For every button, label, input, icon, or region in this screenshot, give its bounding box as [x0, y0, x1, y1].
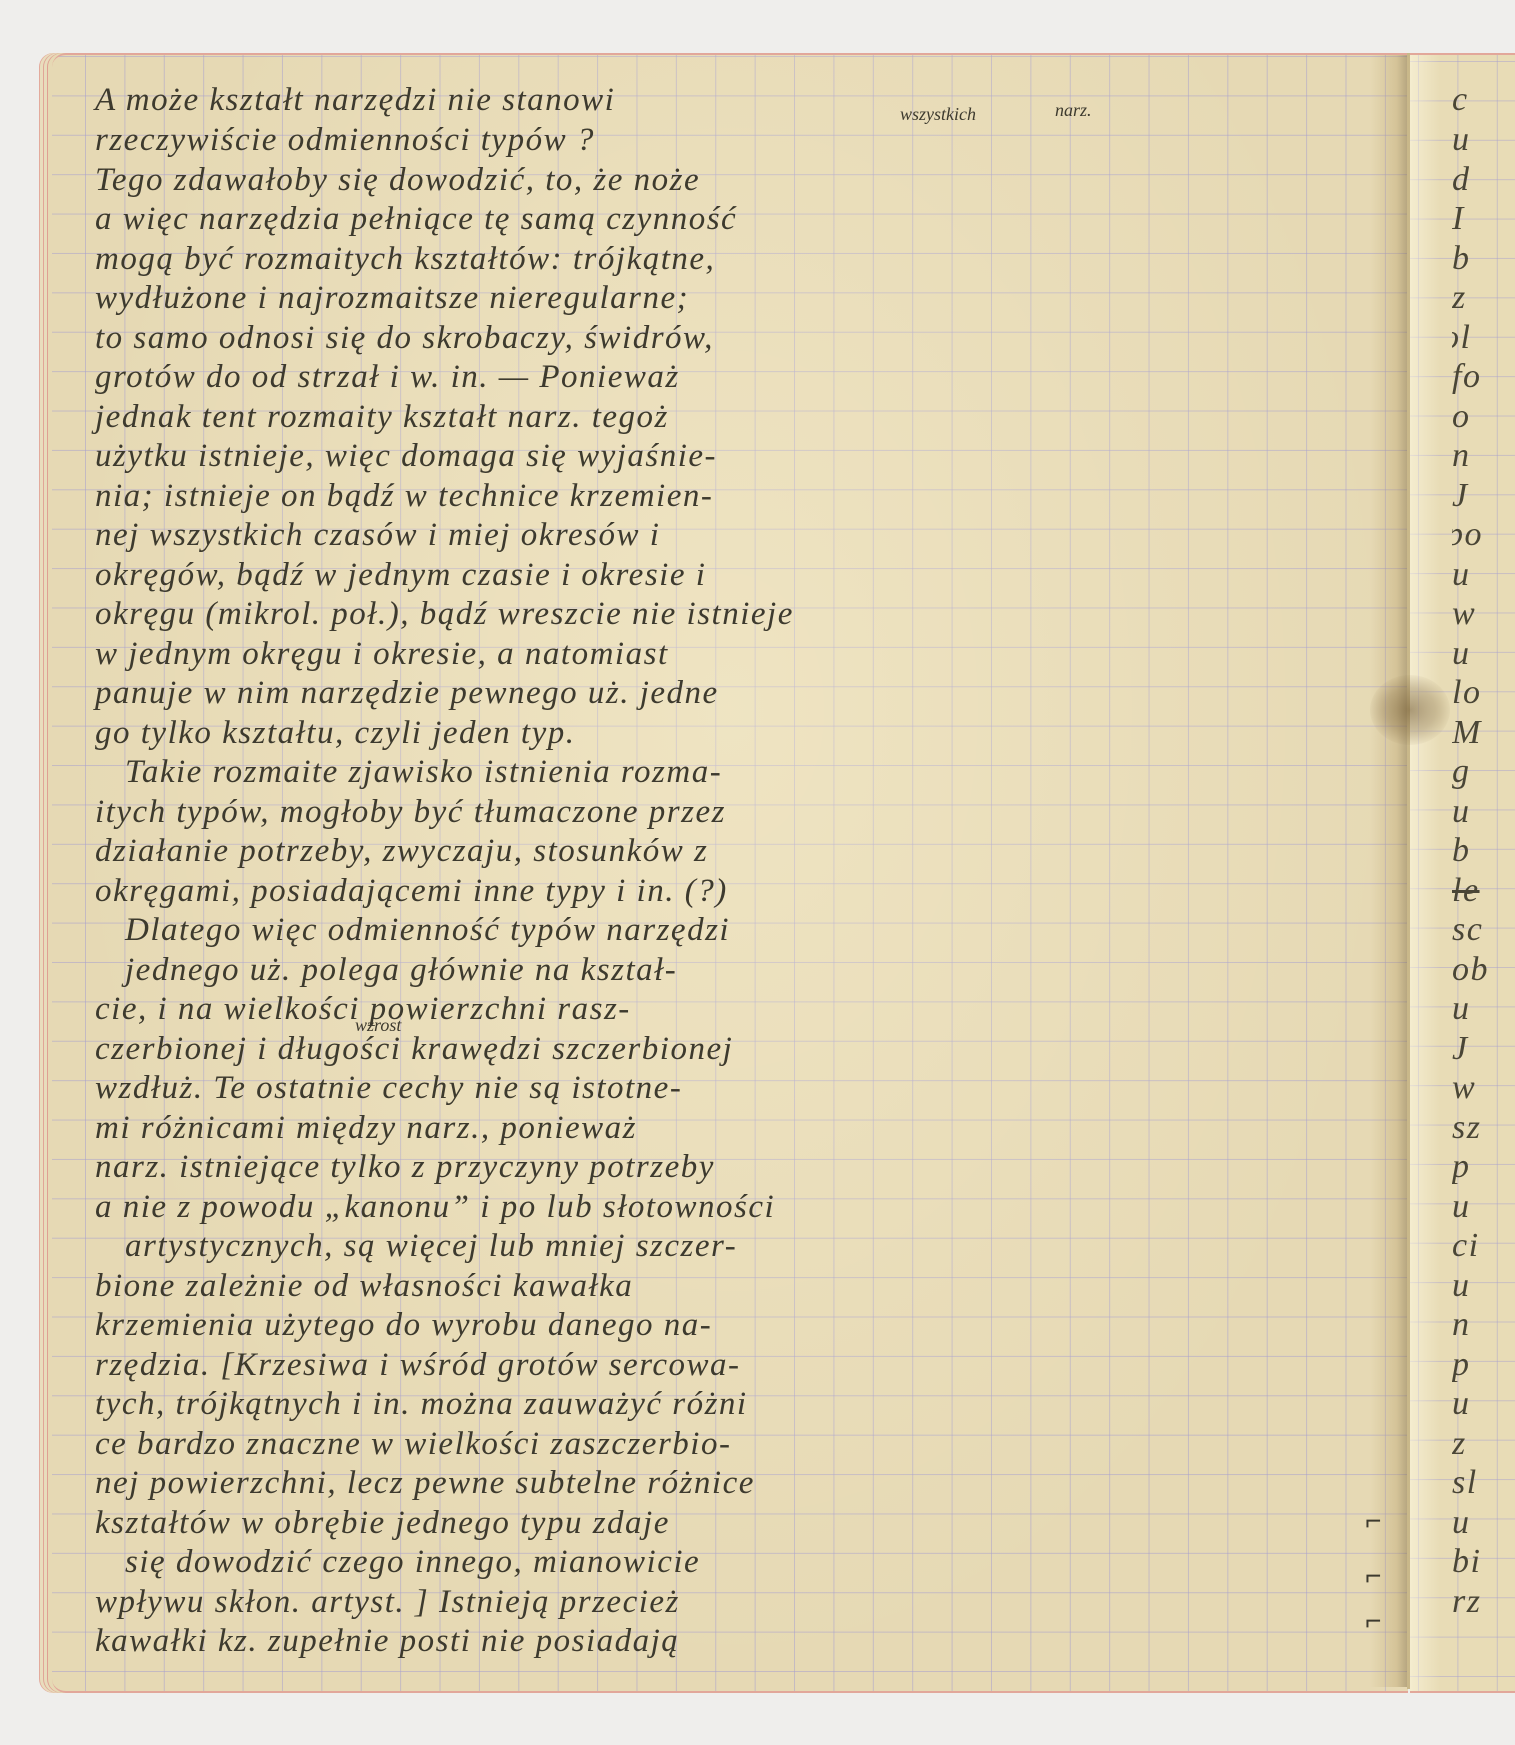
text-fragment: p	[1452, 1345, 1471, 1385]
text-fragment: c	[1452, 80, 1469, 120]
text-line: panuje w nim narzędzie pewnego uż. jedne	[95, 673, 719, 713]
text-line: kawałki kz. zupełnie posti nie posiadają	[95, 1621, 679, 1661]
text-line: to samo odnosi się do skrobaczy, świdrów…	[95, 318, 714, 358]
interlinear-insertion: wszystkich	[900, 104, 976, 125]
text-line: nia; istnieje on bądź w technice krzemie…	[95, 476, 713, 516]
margin-bracket-mark: ⌐	[1365, 1605, 1381, 1637]
text-fragment: fo	[1452, 357, 1481, 397]
text-fragment: bi	[1452, 1542, 1481, 1582]
text-fragment: n	[1452, 436, 1471, 476]
text-fragment: w	[1452, 1068, 1476, 1108]
text-line: kształtów w obrębie jednego typu zdaje	[95, 1503, 670, 1543]
text-line: krzemienia użytego do wyrobu danego na-	[95, 1305, 712, 1345]
text-fragment: ol	[1452, 318, 1471, 358]
text-fragment: ob	[1452, 950, 1489, 990]
text-fragment: lo	[1452, 673, 1481, 713]
text-fragment: o	[1452, 397, 1471, 437]
text-line: bione zależnie od własności kawałka	[95, 1266, 633, 1306]
text-fragment: J	[1452, 1029, 1469, 1069]
text-fragment: b	[1452, 239, 1471, 279]
text-line: jednego uż. polega głównie na kształ-	[125, 950, 677, 990]
text-line: itych typów, mogłoby być tłumaczone prze…	[95, 792, 726, 832]
text-fragment: b	[1452, 831, 1471, 871]
right-page-text: c u d I b z ol fo o n J po u w u lo M g …	[1452, 0, 1515, 1745]
text-fragment: z	[1452, 278, 1467, 318]
text-fragment: u	[1452, 1266, 1471, 1306]
text-fragment: d	[1452, 160, 1471, 200]
text-fragment: w	[1452, 594, 1476, 634]
text-line: wpływu skłon. artyst. ] Istnieją przecie…	[95, 1582, 680, 1622]
text-line: nej wszystkich czasów i miej okresów i	[95, 515, 660, 555]
text-line: wzdłuż. Te ostatnie cechy nie są istotne…	[95, 1068, 682, 1108]
text-line: użytku istnieje, więc domaga się wyjaśni…	[95, 436, 717, 476]
text-line: działanie potrzeby, zwyczaju, stosunków …	[95, 831, 708, 871]
text-fragment: u	[1452, 1384, 1471, 1424]
text-line: A może kształt narzędzi nie stanowi	[95, 80, 615, 120]
text-line: mi różnicami między narz., ponieważ	[95, 1108, 637, 1148]
text-fragment: ci	[1452, 1226, 1480, 1266]
text-line: narz. istniejące tylko z przyczyny potrz…	[95, 1147, 715, 1187]
text-line: czerbionej i długości krawędzi szczerbio…	[95, 1029, 733, 1069]
text-fragment: u	[1452, 634, 1471, 674]
text-line: w jednym okręgu i okresie, a natomiast	[95, 634, 669, 674]
text-line: rzeczywiście odmienności typów ?	[95, 120, 595, 160]
text-fragment: n	[1452, 1305, 1471, 1345]
text-fragment: g	[1452, 752, 1471, 792]
text-line: a więc narzędzia pełniące tę samą czynno…	[95, 199, 737, 239]
text-line: okręgów, bądź w jednym czasie i okresie …	[95, 555, 706, 595]
text-line: wydłużone i najrozmaitsze nieregularne;	[95, 278, 689, 318]
text-fragment: u	[1452, 120, 1471, 160]
text-line: okręgu (mikrol. poł.), bądź wreszcie nie…	[95, 594, 794, 634]
interlinear-insertion: narz.	[1055, 100, 1092, 121]
text-fragment: u	[1452, 989, 1471, 1029]
text-line: się dowodzić czego innego, mianowicie	[125, 1542, 700, 1582]
text-fragment: sc	[1452, 910, 1483, 950]
notebook-spread: A może kształt narzędzi nie stanowi rzec…	[0, 0, 1515, 1745]
text-fragment: u	[1452, 792, 1471, 832]
text-line: Tego zdawałoby się dowodzić, to, że noże	[95, 160, 700, 200]
left-page-text: A może kształt narzędzi nie stanowi rzec…	[95, 0, 1395, 1745]
text-line: artystycznych, są więcej lub mniej szcze…	[125, 1226, 737, 1266]
text-fragment: J	[1452, 476, 1469, 516]
text-fragment: rz	[1452, 1582, 1481, 1622]
text-line: jednak tent rozmaity kształt narz. tegoż	[95, 397, 669, 437]
interlinear-insertion: wzrost	[355, 1015, 401, 1036]
text-line: grotów do od strzał i w. in. — Ponieważ	[95, 357, 680, 397]
text-fragment: I	[1452, 199, 1465, 239]
text-fragment: po	[1452, 515, 1483, 555]
text-line: ce bardzo znaczne w wielkości zaszczerbi…	[95, 1424, 731, 1464]
text-fragment: sl	[1452, 1463, 1478, 1503]
text-line: a nie z powodu „kanonu” i po lub słotown…	[95, 1187, 775, 1227]
text-line: go tylko kształtu, czyli jeden typ.	[95, 713, 575, 753]
text-line: okręgami, posiadającemi inne typy i in. …	[95, 871, 728, 911]
text-line: mogą być rozmaitych kształtów: trójkątne…	[95, 239, 715, 279]
text-fragment: u	[1452, 1503, 1471, 1543]
text-line: Takie rozmaite zjawisko istnienia rozma-	[125, 752, 722, 792]
text-fragment: z	[1452, 1424, 1467, 1464]
text-fragment: le	[1452, 871, 1480, 911]
text-fragment: sz	[1452, 1108, 1481, 1148]
margin-bracket-mark: ⌐	[1365, 1505, 1381, 1537]
text-line: rzędzia. [Krzesiwa i wśród grotów sercow…	[95, 1345, 740, 1385]
margin-bracket-mark: ⌐	[1365, 1560, 1381, 1592]
text-line: Dlatego więc odmienność typów narzędzi	[125, 910, 730, 950]
text-fragment: u	[1452, 555, 1471, 595]
binding-gutter	[1407, 53, 1410, 1689]
text-fragment: M	[1452, 713, 1482, 753]
text-fragment: p	[1452, 1147, 1471, 1187]
text-fragment: u	[1452, 1187, 1471, 1227]
text-line: tych, trójkątnych i in. można zauważyć r…	[95, 1384, 748, 1424]
text-line: nej powierzchni, lecz pewne subtelne róż…	[95, 1463, 755, 1503]
